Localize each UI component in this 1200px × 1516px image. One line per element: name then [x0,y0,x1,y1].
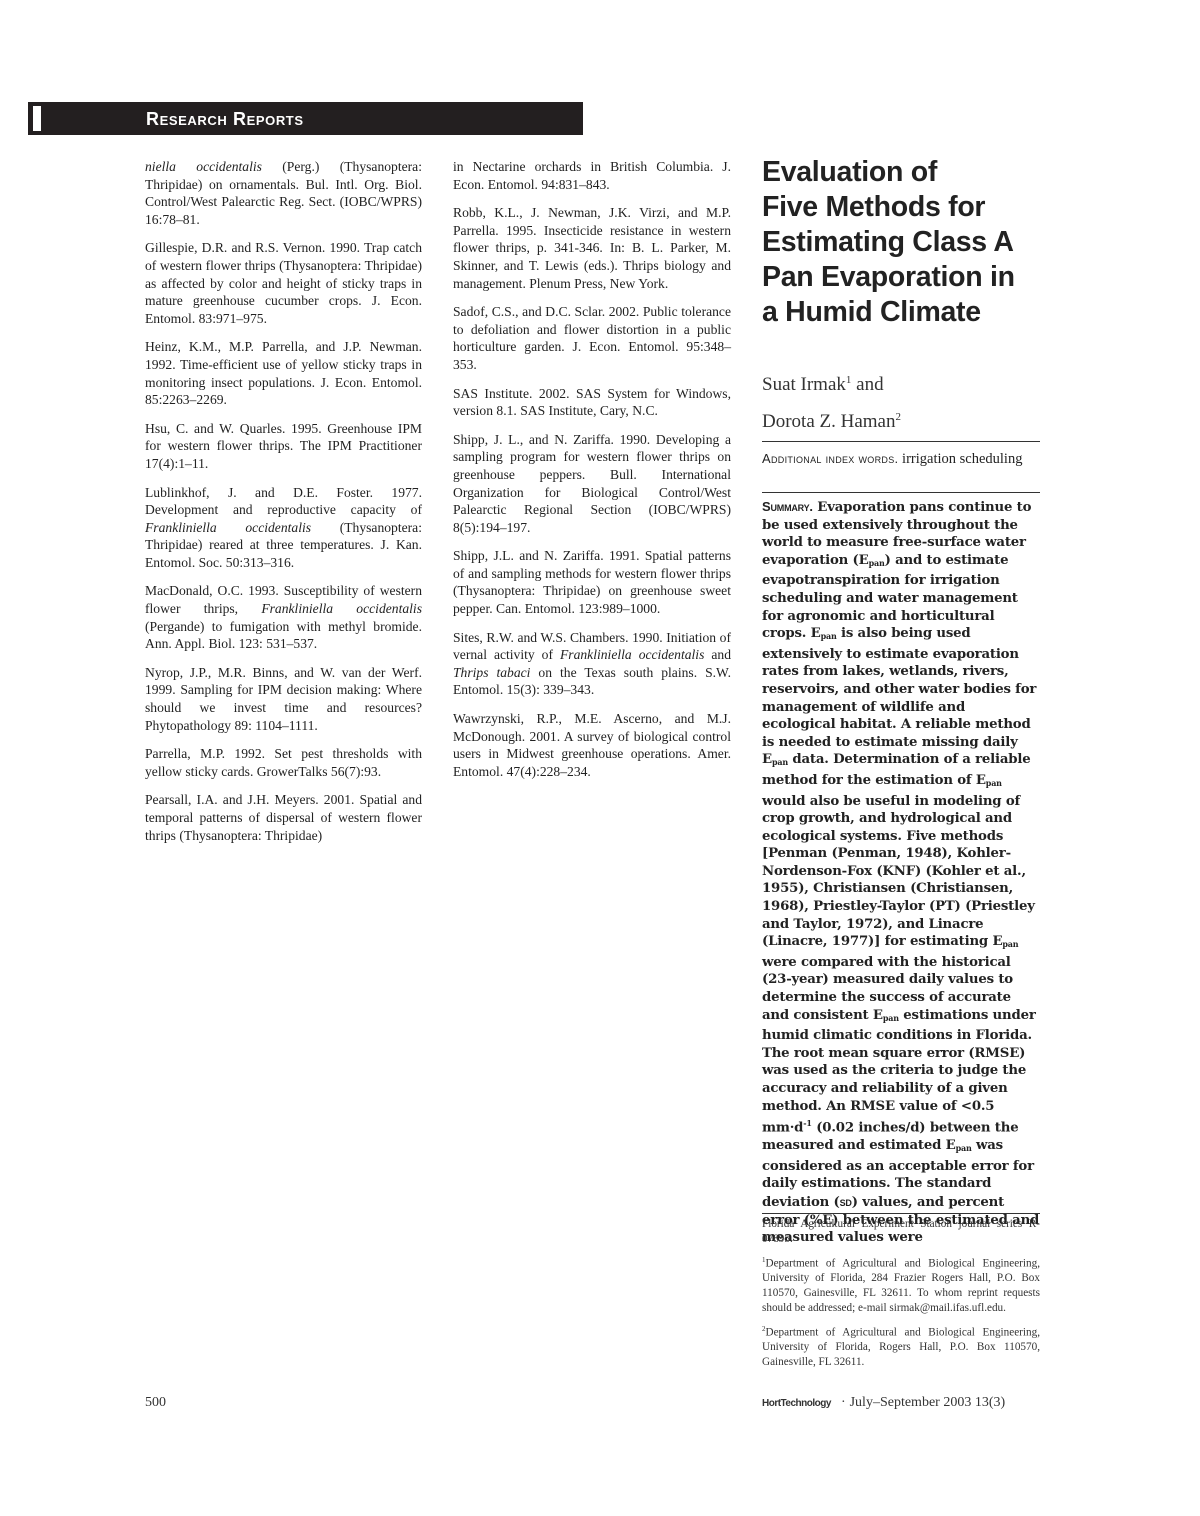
journal-footer: HortTechnology·July–September 2003 13(3) [762,1395,1005,1411]
species-name: Frankliniella occidentalis [560,647,704,662]
journal-logo: HortTechnology [762,1398,831,1409]
subscript: pan [986,778,1002,788]
reference-text: Parrella, M.P. 1992. Set pest thresholds… [145,746,422,779]
reference-text: Hsu, C. and W. Quarles. 1995. Greenhouse… [145,421,422,471]
reference-entry: Nyrop, J.P., M.R. Binns, and W. van der … [145,664,422,734]
reference-text: Pearsall, I.A. and J.H. Meyers. 2001. Sp… [145,792,422,842]
abbreviation: sd [840,1194,852,1209]
reference-entry: niella occidentalis (Perg.) (Thysanopter… [145,158,422,228]
author-list: Suat Irmak1 andDorota Z. Haman2 [762,364,1042,438]
reference-entry: Shipp, J. L., and N. Zariffa. 1990. Deve… [453,431,731,537]
reference-entry: Sites, R.W. and W.S. Chambers. 1990. Ini… [453,629,731,699]
reference-entry: Gillespie, D.R. and R.S. Vernon. 1990. T… [145,239,422,327]
reference-text: and [704,647,731,662]
species-name: Frankliniella occidentalis [145,520,311,535]
reference-text: (Pergande) to fumigation with methyl bro… [145,619,422,652]
section-title: Research Reports [146,109,304,129]
species-name: Thrips tabaci [453,665,530,680]
footnote-text: Department of Agricultural and Biologica… [762,1257,1040,1313]
additional-index-words: Additional index words. irrigation sched… [762,450,1040,468]
species-name: Frankliniella occidentalis [261,601,422,616]
bullet-separator: · [841,1395,846,1410]
subscript: pan [821,631,837,641]
reference-text: SAS Institute. 2002. SAS System for Wind… [453,386,731,419]
reference-text: Robb, K.L., J. Newman, J.K. Virzi, and M… [453,205,731,290]
reference-entry: Lublinkhof, J. and D.E. Foster. 1977. De… [145,484,422,572]
title-line: a Humid Climate [762,296,981,328]
references-column-1: niella occidentalis (Perg.) (Thysanopter… [145,158,422,855]
title-line: Pan Evaporation in [762,261,1015,293]
reference-text: Sadof, C.S., and D.C. Sclar. 2002. Publi… [453,304,731,372]
article-title: Evaluation ofFive Methods forEstimating … [762,155,1052,330]
author-name: Suat Irmak [762,374,846,395]
footnote: 2Department of Agricultural and Biologic… [762,1322,1040,1370]
title-line: Five Methods for [762,191,985,223]
reference-entry: Hsu, C. and W. Quarles. 1995. Greenhouse… [145,420,422,473]
references-column-2: in Nectarine orchards in British Columbi… [453,158,731,791]
index-words-value: irrigation scheduling [898,451,1022,467]
title-line: Estimating Class A [762,226,1014,258]
footnotes: Florida Agricultural Experiment Station … [762,1217,1040,1376]
reference-text: in Nectarine orchards in British Columbi… [453,159,731,192]
index-words-label: Additional index words. [762,451,898,466]
reference-text: Heinz, K.M., M.P. Parrella, and J.P. New… [145,339,422,407]
summary-text: is also being used extensively to estima… [762,626,1036,767]
summary-label: Summary. [762,499,813,514]
reference-entry: Robb, K.L., J. Newman, J.K. Virzi, and M… [453,204,731,292]
footnote: Florida Agricultural Experiment Station … [762,1217,1040,1247]
reference-text: Wawrzynski, R.P., M.E. Ascerno, and M.J.… [453,711,731,779]
divider [762,492,1040,493]
footnote-divider [762,1213,1040,1214]
reference-entry: SAS Institute. 2002. SAS System for Wind… [453,385,731,420]
page-number: 500 [145,1395,166,1411]
header-accent-stripe [33,106,41,131]
footnote-text: Department of Agricultural and Biologica… [762,1326,1040,1368]
subscript: pan [1002,939,1018,949]
divider [762,441,1040,442]
reference-text: Gillespie, D.R. and R.S. Vernon. 1990. T… [145,240,422,325]
section-header-bar: Research Reports [28,102,583,135]
reference-text: Nyrop, J.P., M.R. Binns, and W. van der … [145,665,422,733]
author: Dorota Z. Haman2 [762,401,1042,438]
footnote: 1Department of Agricultural and Biologic… [762,1253,1040,1316]
summary-text: would also be useful in modeling of crop… [762,794,1035,950]
reference-entry: Parrella, M.P. 1992. Set pest thresholds… [145,745,422,780]
author-affiliation-marker: 2 [895,411,901,423]
reference-entry: in Nectarine orchards in British Columbi… [453,158,731,193]
title-line: Evaluation of [762,156,937,188]
reference-text: Shipp, J. L., and N. Zariffa. 1990. Deve… [453,432,731,535]
reference-text: Lublinkhof, J. and D.E. Foster. 1977. De… [145,485,422,518]
author-conjunction: and [851,374,883,395]
subscript: pan [772,757,788,767]
reference-entry: Shipp, J.L. and N. Zariffa. 1991. Spatia… [453,547,731,617]
subscript: pan [956,1143,972,1153]
article-summary: Summary. Evaporation pans continue to be… [762,498,1042,1247]
reference-entry: Sadof, C.S., and D.C. Sclar. 2002. Publi… [453,303,731,373]
reference-text: Shipp, J.L. and N. Zariffa. 1991. Spatia… [453,548,731,616]
reference-entry: MacDonald, O.C. 1993. Susceptibility of … [145,582,422,652]
reference-entry: Pearsall, I.A. and J.H. Meyers. 2001. Sp… [145,791,422,844]
species-name: niella occidentalis [145,159,262,174]
reference-entry: Wawrzynski, R.P., M.E. Ascerno, and M.J.… [453,710,731,780]
summary-text: estimations under humid climatic conditi… [762,1008,1036,1136]
reference-entry: Heinz, K.M., M.P. Parrella, and J.P. New… [145,338,422,408]
subscript: pan [883,1013,899,1023]
author-name: Dorota Z. Haman [762,411,895,432]
journal-issue: July–September 2003 13(3) [850,1395,1006,1410]
footnote-text: Florida Agricultural Experiment Station … [762,1218,1040,1245]
superscript: -1 [803,1118,812,1128]
subscript: pan [869,558,885,568]
author: Suat Irmak1 and [762,364,1042,401]
